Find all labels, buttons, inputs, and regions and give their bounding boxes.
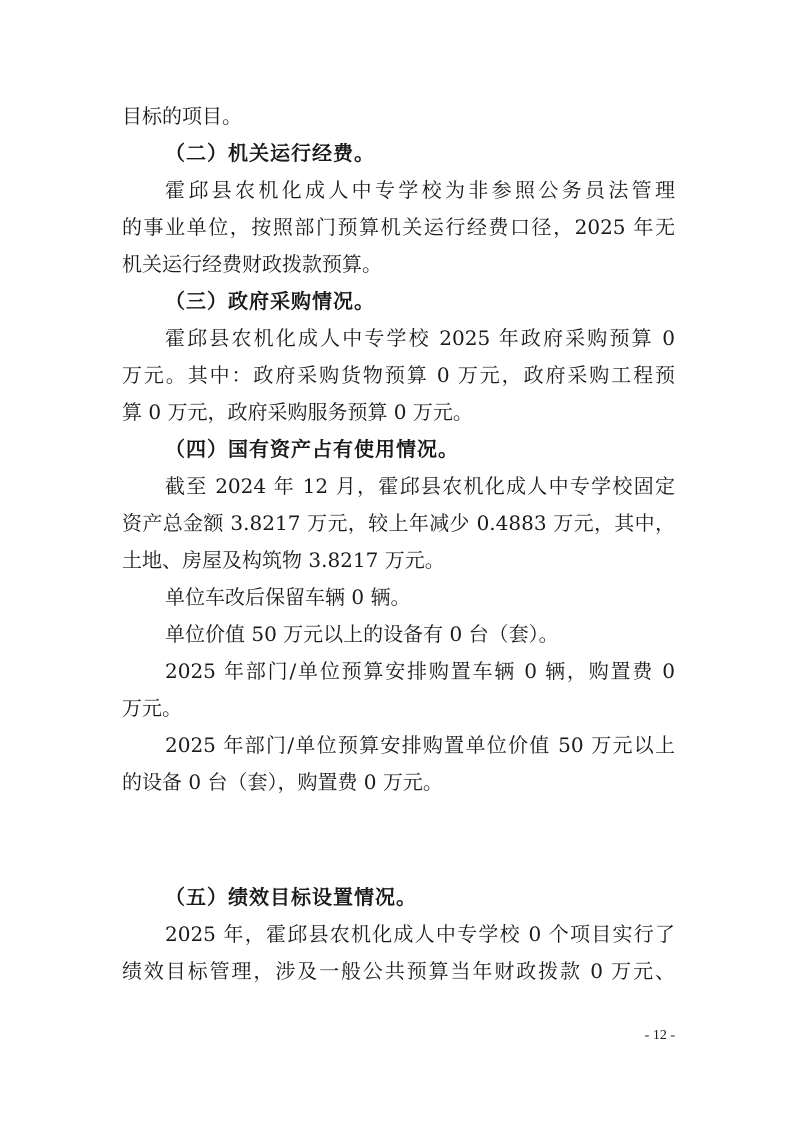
- section-heading-3: （三）政府采购情况。: [165, 286, 675, 316]
- section-heading-5: （五）绩效目标设置情况。: [165, 882, 675, 912]
- page-number: - 12 -: [645, 1028, 675, 1044]
- body-text-line: 资产总金额 3.8217 万元，较上年减少 0.4883 万元，其中，: [122, 508, 675, 538]
- body-text-line: 霍邱县农机化成人中专学校为非参照公务员法管理: [165, 175, 675, 205]
- section-heading-2: （二）机关运行经费。: [165, 138, 675, 168]
- body-text-line: 的事业单位，按照部门预算机关运行经费口径，2025 年无: [122, 212, 675, 242]
- body-text-line: 的设备 0 台（套），购置费 0 万元。: [122, 767, 675, 797]
- body-text-line: 单位价值 50 万元以上的设备有 0 台（套）。: [165, 619, 675, 649]
- body-text-line: 万元。: [122, 693, 675, 723]
- body-text-line: 2025 年，霍邱县农机化成人中专学校 0 个项目实行了: [165, 919, 675, 949]
- body-text-line: 万元。其中：政府采购货物预算 0 万元，政府采购工程预: [122, 360, 675, 390]
- body-text-line: 绩效目标管理，涉及一般公共预算当年财政拨款 0 万元、: [122, 956, 675, 986]
- section-heading-4: （四）国有资产占有使用情况。: [165, 434, 675, 464]
- body-text-line: 土地、房屋及构筑物 3.8217 万元。: [122, 545, 675, 575]
- body-text-line: 目标的项目。: [122, 101, 675, 131]
- body-text-line: 霍邱县农机化成人中专学校 2025 年政府采购预算 0: [165, 323, 675, 353]
- body-text-line: 截至 2024 年 12 月，霍邱县农机化成人中专学校固定: [165, 471, 675, 501]
- body-text-line: 算 0 万元，政府采购服务预算 0 万元。: [122, 397, 675, 427]
- body-text-line: 2025 年部门/单位预算安排购置单位价值 50 万元以上: [165, 730, 675, 760]
- body-text-line: 机关运行经费财政拨款预算。: [122, 249, 675, 279]
- body-text-line: 2025 年部门/单位预算安排购置车辆 0 辆，购置费 0: [165, 656, 675, 686]
- body-text-line: 单位车改后保留车辆 0 辆。: [165, 582, 675, 612]
